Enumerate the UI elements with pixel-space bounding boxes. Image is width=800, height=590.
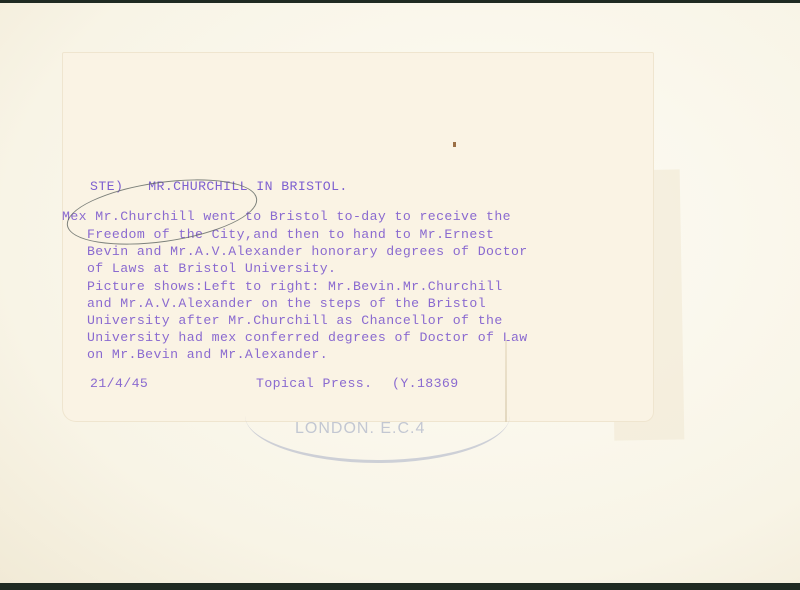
caption-line: University had mex conferred degrees of …	[62, 330, 528, 345]
ink-speck	[453, 142, 456, 147]
caption-line: of Laws at Bristol University.	[62, 261, 336, 276]
caption-line: Bevin and Mr.A.V.Alexander honorary degr…	[62, 244, 528, 259]
stamp-text: LONDON. E.C.4	[295, 420, 425, 438]
caption-line: Picture shows:Left to right: Mr.Bevin.Mr…	[62, 279, 503, 294]
caption-date: 21/4/45	[90, 376, 148, 391]
caption-line: and Mr.A.V.Alexander on the steps of the…	[62, 296, 486, 311]
caption-line: University after Mr.Churchill as Chancel…	[62, 313, 503, 328]
caption-reference: (Y.18369	[392, 376, 459, 391]
caption-line: on Mr.Bevin and Mr.Alexander.	[62, 347, 328, 362]
caption-agency: Topical Press.	[256, 376, 372, 391]
